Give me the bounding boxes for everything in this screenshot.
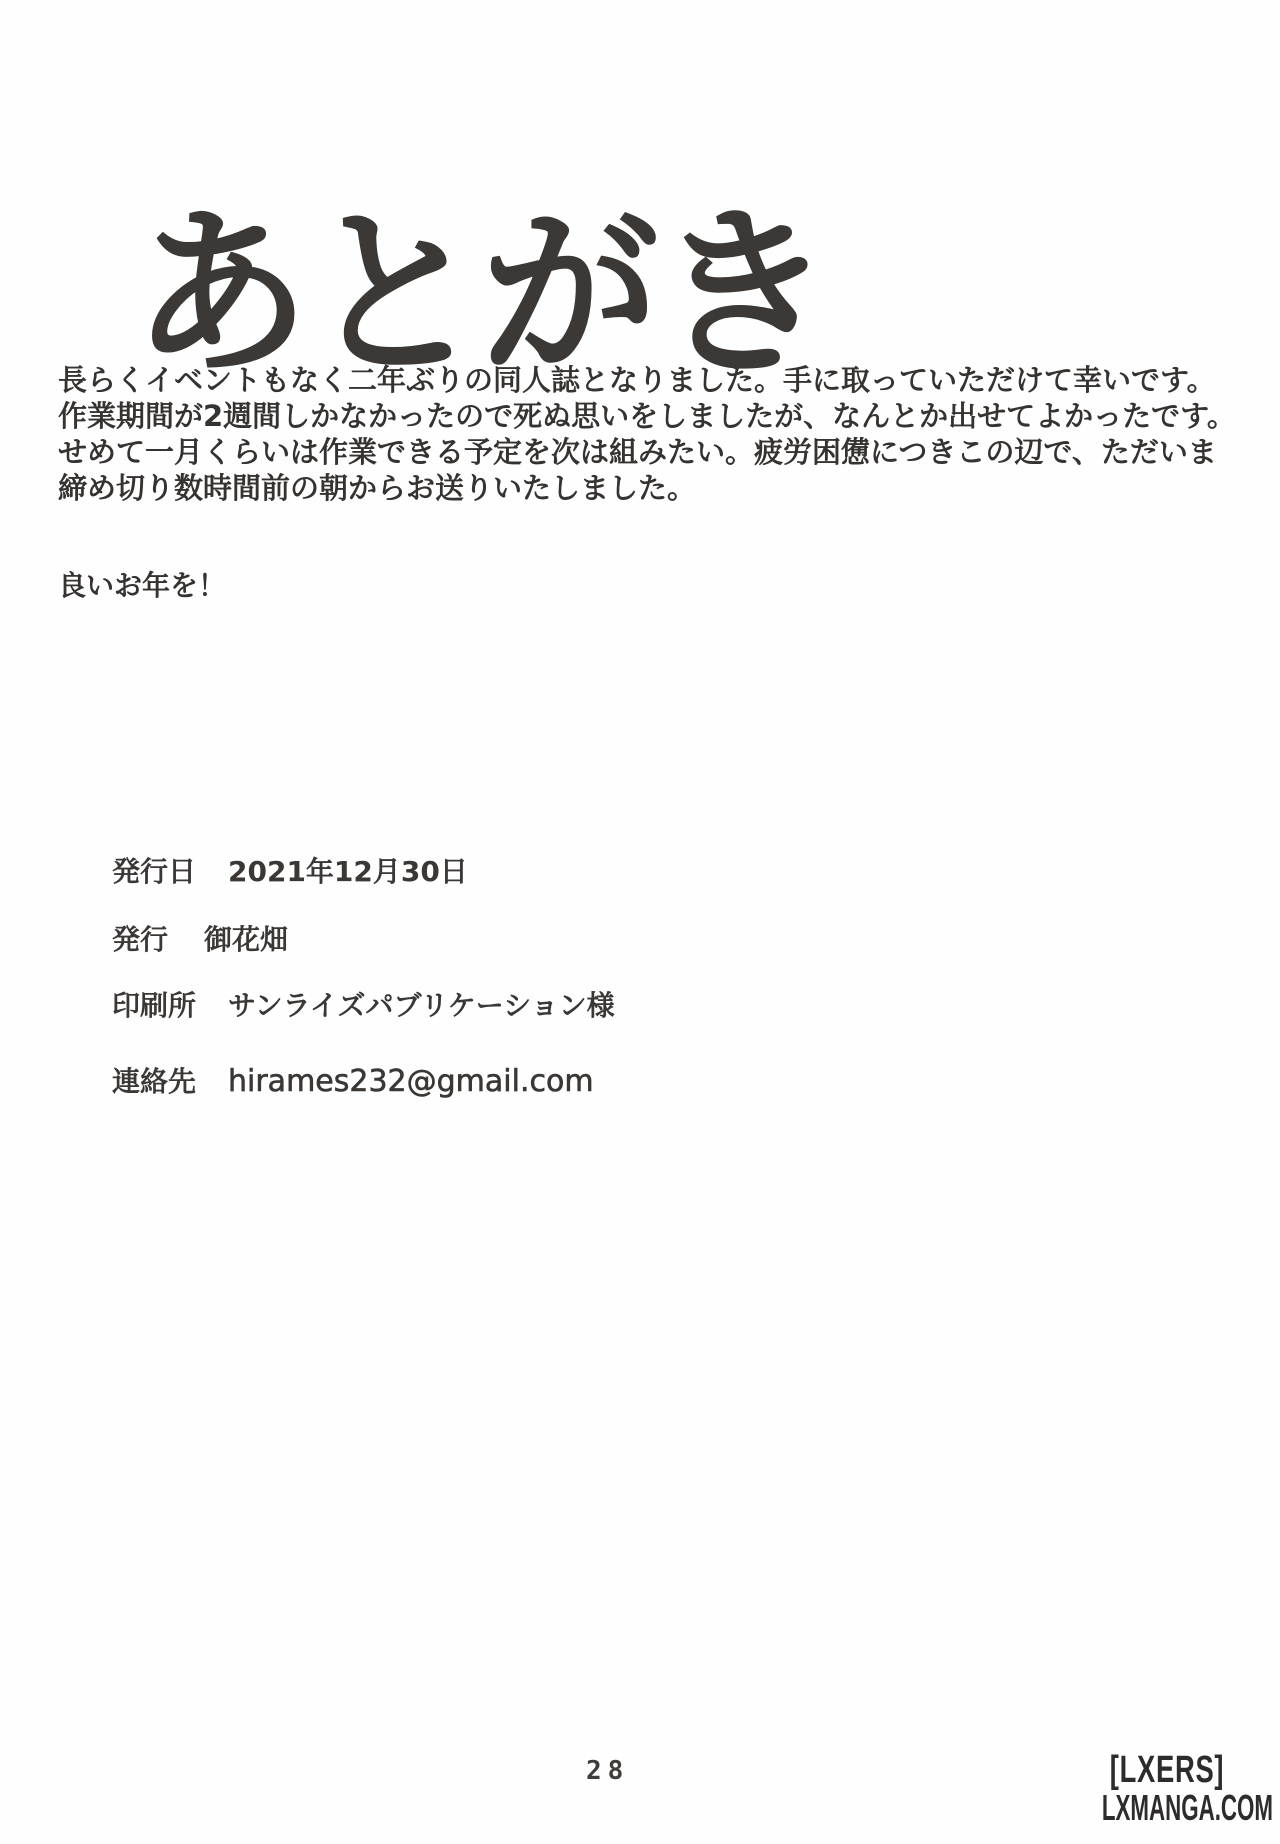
body-line: 長らくイベントもなく二年ぶりの同人誌となりました。手に取っていただけて幸いです。	[58, 362, 1258, 398]
page-number: 28	[586, 1756, 629, 1786]
contact-email: hirames232@gmail.com	[228, 1062, 594, 1102]
body-line: 作業期間が2週間しかなかったので死ぬ思いをしましたが、なんとか出せてよかったです…	[58, 398, 1258, 434]
manga-page: あとがき 長らくイベントもなく二年ぶりの同人誌となりました。手に取っていただけて…	[0, 0, 1280, 1844]
colophon-label: 発行	[112, 920, 168, 960]
colophon-label: 連絡先	[112, 1062, 196, 1102]
colophon-value: 2021年12月30日	[228, 852, 468, 892]
watermark-site: LXMANGA.COM	[1102, 1790, 1232, 1826]
greeting: 良いお年を！	[58, 568, 226, 604]
colophon-value: サンライズパブリケーション様	[228, 986, 615, 1026]
colophon-value: 御花畑	[204, 920, 288, 960]
watermark: [LXERS] LXMANGA.COM	[1062, 1748, 1272, 1826]
colophon-label: 発行日	[112, 852, 196, 892]
colophon-label: 印刷所	[112, 986, 196, 1026]
afterword-body: 長らくイベントもなく二年ぶりの同人誌となりました。手に取っていただけて幸いです。…	[58, 362, 1258, 506]
body-line: 締め切り数時間前の朝からお送りいたしました。	[58, 470, 1258, 506]
body-line: せめて一月くらいは作業できる予定を次は組みたい。疲労困憊につきこの辺で、ただいま	[58, 434, 1258, 470]
watermark-group-name: [LXERS]	[1091, 1748, 1242, 1792]
